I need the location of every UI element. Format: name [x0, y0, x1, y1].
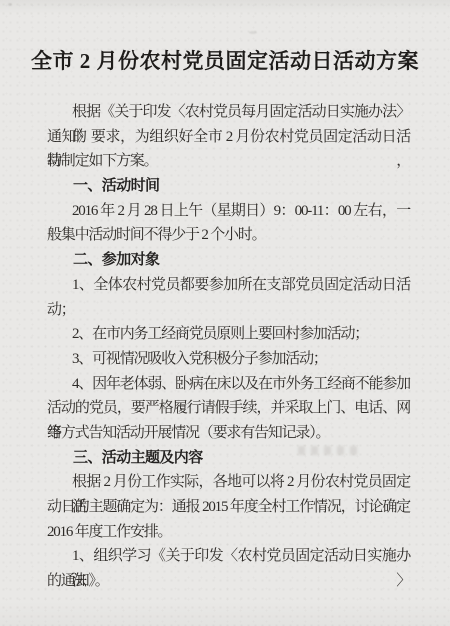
section-heading-line: 二、参加对象 [47, 248, 410, 273]
text-line: 根据《关于印发〈农村党员每月固定活动日实施办法〉的 [47, 100, 410, 125]
text-line: 动； [47, 298, 410, 323]
text-line: 2016 年 2 月 28 日上午（星期日）9：00-11：00 左右，一 [47, 199, 410, 224]
scan-speck [8, 3, 12, 6]
document-body: 根据《关于印发〈农村党员每月固定活动日实施办法〉的通知》要求，为组织好全市 2 … [47, 100, 410, 594]
text-line: 根据 2 月份工作实际，各地可以将 2 月份农村党员固定活 [47, 470, 410, 495]
text-line: 4、因年老体弱、卧病在床以及在市外务工经商不能参加 [47, 372, 410, 397]
document-title: 全市 2 月份农村党员固定活动日活动方案 [0, 45, 450, 75]
scan-bleed-artifact [298, 446, 360, 455]
text-line: 3、可视情况吸收入党积极分子参加活动； [47, 347, 410, 372]
text-line: 2016 年度工作安排。 [47, 520, 410, 545]
text-line: 2、在市内务工经商党员原则上要回村参加活动； [47, 322, 410, 347]
text-line: 等方式告知活动开展情况（要求有告知记录）。 [47, 421, 410, 446]
text-line: 动日的主题确定为：通报 2015 年度全村工作情况，讨论确定 [47, 495, 410, 520]
scan-speck [249, 31, 257, 34]
text-line: 般集中活动时间不得少于 2 个小时。 [47, 223, 410, 248]
text-line: 通知》要求，为组织好全市 2 月份农村党员固定活动日活动， [47, 125, 410, 150]
text-line: 活动的党员，要严格履行请假手续，并采取上门、电话、网络 [47, 396, 410, 421]
text-line: 1、组织学习《关于印发〈农村党员固定活动日实施办法〉 [47, 544, 410, 569]
section-heading-line: 一、活动时间 [47, 174, 410, 199]
scanned-document-page: 全市 2 月份农村党员固定活动日活动方案 根据《关于印发〈农村党员每月固定活动日… [0, 0, 450, 626]
text-line: 1、全体农村党员都要参加所在支部党员固定活动日活 [47, 273, 410, 298]
